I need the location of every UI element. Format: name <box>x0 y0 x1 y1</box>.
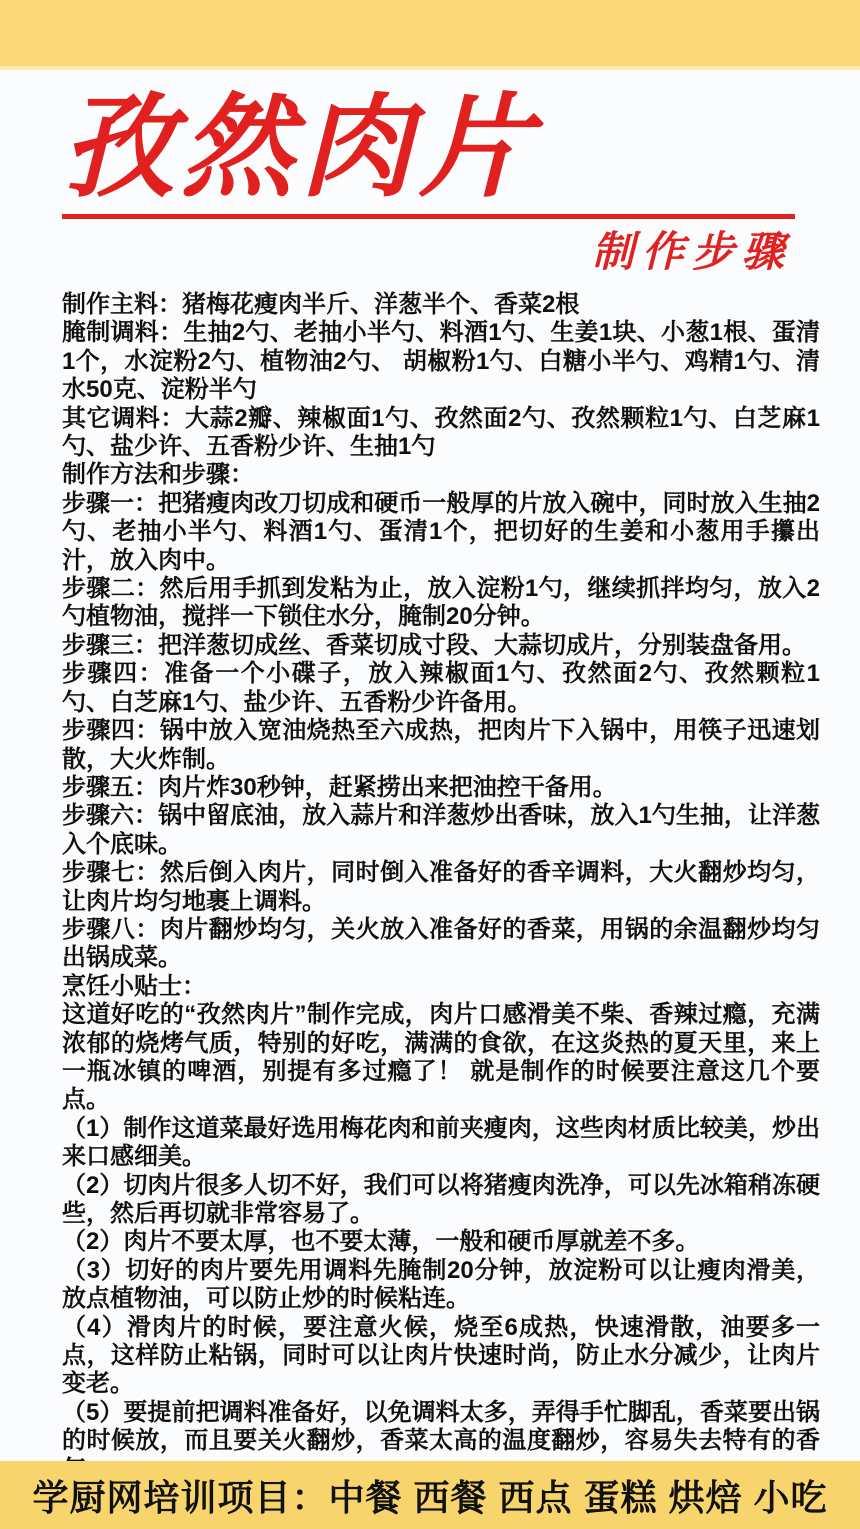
recipe-step-8: 步骤八：肉片翻炒均匀，关火放入准备好的香菜，用锅的余温翻炒均匀出锅成菜。 <box>62 916 820 973</box>
footer-band: 学厨网培训项目：中餐 西餐 西点 蛋糕 烘焙 小吃 <box>0 1461 860 1529</box>
recipe-tip-2b: （2）肉片不要太厚，也不要太薄，一般和硬币厚就差不多。 <box>62 1228 820 1256</box>
recipe-method-heading: 制作方法和步骤： <box>62 461 820 489</box>
recipe-tip-1: （1）制作这道菜最好选用梅花肉和前夹瘦肉，这些肉材质比较美，炒出来口感细美。 <box>62 1115 820 1172</box>
recipe-step-4b: 步骤四：锅中放入宽油烧热至六成热，把肉片下入锅中，用筷子迅速划散，大火炸制。 <box>62 717 820 774</box>
recipe-step-6: 步骤六：锅中留底油，放入蒜片和洋葱炒出香味，放入1勺生抽，让洋葱入个底味。 <box>62 802 820 859</box>
recipe-step-1: 步骤一：把猪瘦肉改刀切成和硬币一般厚的片放入碗中，同时放入生抽2勺、老抽小半勺、… <box>62 490 820 575</box>
title-underline <box>62 214 795 219</box>
recipe-step-4a: 步骤四：准备一个小碟子，放入辣椒面1勺、孜然面2勺、孜然颗粒1勺、白芝麻1勺、盐… <box>62 660 820 717</box>
recipe-tip-4: （4）滑肉片的时候，要注意火候，烧至6成热，快速滑散，油要多一点，这样防止粘锅，… <box>62 1314 820 1399</box>
recipe-tip-2a: （2）切肉片很多人切不好，我们可以将猪瘦肉洗净，可以先冰箱稍冻硬些，然后再切就非… <box>62 1172 820 1229</box>
recipe-main-ingredients: 制作主料：猪梅花瘦肉半斤、洋葱半个、香菜2根 <box>62 291 820 319</box>
recipe-tips-heading: 烹饪小贴士： <box>62 973 820 1001</box>
recipe-body: 制作主料：猪梅花瘦肉半斤、洋葱半个、香菜2根 腌制调料：生抽2勺、老抽小半勺、料… <box>62 291 820 1484</box>
recipe-step-2: 步骤二：然后用手抓到发粘为止，放入淀粉1勺，继续抓拌均匀，放入2勺植物油，搅拌一… <box>62 575 820 632</box>
page-subtitle: 制作步骤 <box>62 231 792 273</box>
recipe-step-3: 步骤三：把洋葱切成丝、香菜切成寸段、大蒜切成片，分别装盘备用。 <box>62 632 820 660</box>
recipe-tips-intro: 这道好吃的“孜然肉片”制作完成，肉片口感滑美不柴、香辣过瘾，充满浓郁的烧烤气质，… <box>62 1001 820 1115</box>
footer-training-programs: 学厨网培训项目：中餐 西餐 西点 蛋糕 烘焙 小吃 <box>32 1470 827 1521</box>
top-border-band <box>0 0 860 70</box>
recipe-tip-3: （3）切好的肉片要先用调料先腌制20分钟，放淀粉可以让瘦肉滑美，放点植物油，可以… <box>62 1257 820 1314</box>
page-title: 孜然肉片 <box>62 92 822 204</box>
recipe-step-5: 步骤五：肉片炸30秒钟，赶紧捞出来把油控干备用。 <box>62 774 820 802</box>
recipe-other-seasoning: 其它调料：大蒜2瓣、辣椒面1勺、孜然面2勺、孜然颗粒1勺、白芝麻1勺、盐少许、五… <box>62 405 820 462</box>
recipe-card: 孜然肉片 制作步骤 制作主料：猪梅花瘦肉半斤、洋葱半个、香菜2根 腌制调料：生抽… <box>0 66 860 1484</box>
recipe-marinade-seasoning: 腌制调料：生抽2勺、老抽小半勺、料酒1勺、生姜1块、小葱1根、蛋清1个，水淀粉2… <box>62 319 820 404</box>
recipe-step-7: 步骤七：然后倒入肉片，同时倒入准备好的香辛调料，大火翻炒均匀，让肉片均匀地裹上调… <box>62 859 820 916</box>
